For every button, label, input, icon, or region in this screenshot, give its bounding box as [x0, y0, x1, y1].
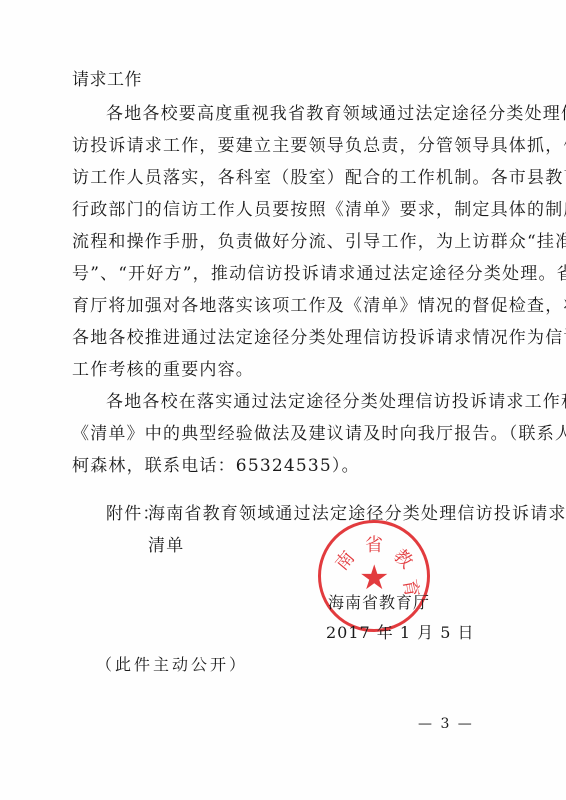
paragraph1-line: 各地各校要高度重视我省教育领域通过法定途径分类处理信	[106, 104, 566, 124]
paragraph1-line: 访投诉请求工作，要建立主要领导负总责，分管领导具体抓，信	[72, 136, 566, 156]
issue-date: 2017 年 1 月 5 日	[326, 620, 475, 643]
section-heading: 请求工作	[72, 70, 142, 90]
paragraph1-line: 各地各校推进通过法定途径分类处理信访投诉请求情况作为信访	[72, 328, 566, 348]
paragraph1-line: 访工作人员落实，各科室（股室）配合的工作机制。各市县教育	[72, 168, 566, 188]
paragraph2-line: 《清单》中的典型经验做法及建议请及时向我厅报告。（联系人：	[72, 424, 566, 444]
paragraph1-line: 行政部门的信访工作人员要按照《清单》要求，制定具体的制度、	[72, 200, 566, 220]
paragraph1-line: 工作考核的重要内容。	[72, 360, 254, 380]
paragraph1-line: 流程和操作手册，负责做好分流、引导工作，为上访群众“挂准	[72, 232, 566, 252]
paragraph1-line: 号”、“开好方”，推动信访投诉请求通过法定途径分类处理。省教	[72, 264, 566, 284]
official-seal: 南 省 教 育 ★	[318, 520, 430, 632]
page-number: — 3 —	[418, 716, 474, 732]
paragraph2-line: 各地各校在落实通过法定途径分类处理信访投诉请求工作和	[106, 392, 566, 412]
paragraph1-line: 育厅将加强对各地落实该项工作及《清单》情况的督促检查，将	[72, 296, 566, 316]
attachment-title: 海南省教育领域通过法定途径分类处理信访投诉请求	[148, 504, 566, 524]
disclosure-note: （此件主动公开）	[96, 652, 248, 675]
paragraph2-line: 柯森林，联系电话：65324535）。	[72, 456, 360, 476]
issuer-name: 海南省教育厅	[328, 590, 430, 613]
attachment-title-cont: 清单	[148, 536, 184, 556]
seal-char: 省	[365, 531, 383, 557]
seal-char: 教	[388, 542, 419, 573]
seal-char: 南	[328, 545, 359, 576]
document-page: 请求工作 各地各校要高度重视我省教育领域通过法定途径分类处理信 访投诉请求工作，…	[0, 0, 566, 800]
